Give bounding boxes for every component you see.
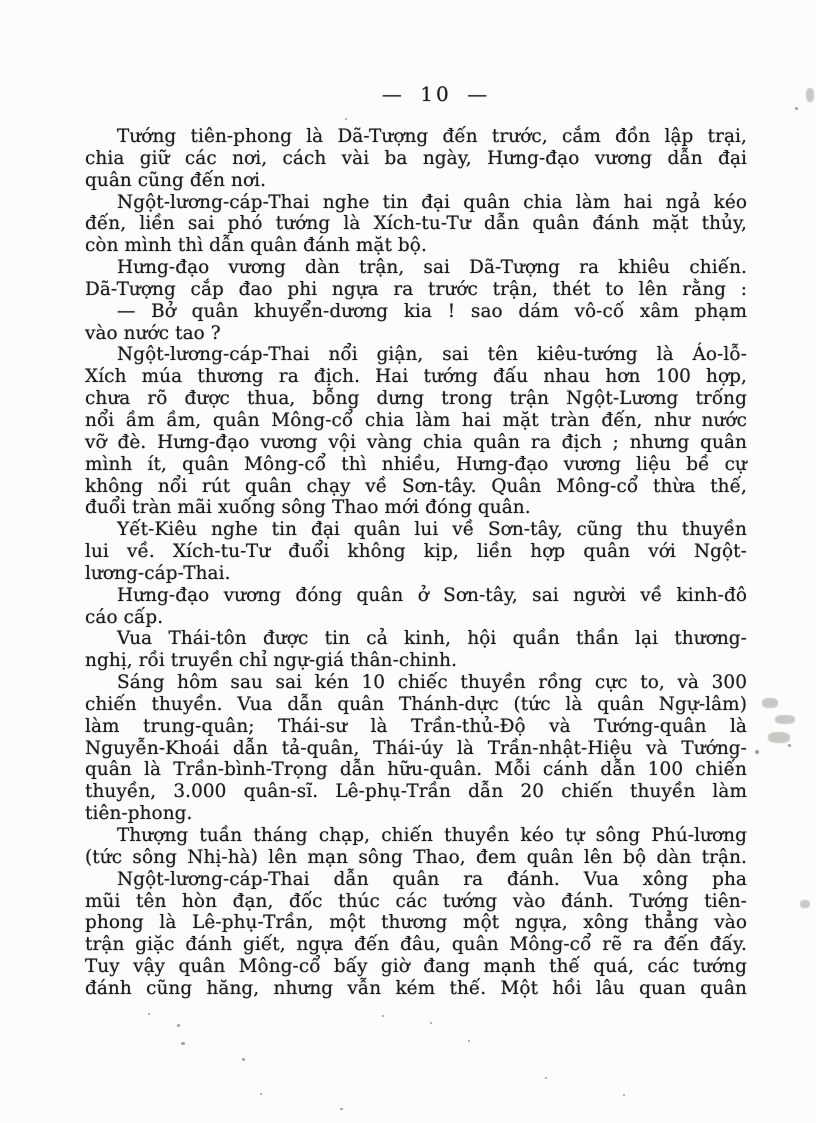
text-line: nổi ầm ầm, quân Mông-cổ chia làm hai mặt… [85, 410, 747, 432]
paragraph: Sáng hôm sau sai kén 10 chiếc thuyền rồn… [85, 672, 747, 825]
text-line: lương-cáp-Thai. [85, 563, 747, 585]
text-line: Xích múa thương ra địch. Hai tướng đấu n… [85, 366, 747, 388]
text-line: Tuy vậy quân Mông-cổ bấy giờ đang mạnh t… [85, 956, 747, 978]
text-line: đến, liền sai phó tướng là Xích-tu-Tư dẫ… [85, 213, 747, 235]
scan-speck [623, 1094, 625, 1096]
scan-speck [242, 1058, 245, 1061]
text-line: Dã-Tượng cắp đao phi ngựa ra trước trận,… [85, 279, 747, 301]
paragraph: Hưng-đạo vương đóng quân ở Sơn-tây, sai … [85, 585, 747, 629]
text-line: đánh cũng hăng, nhưng vẫn kém thế. Một h… [85, 978, 747, 1000]
text-line: Thượng tuần tháng chạp, chiến thuyền kéo… [85, 825, 747, 847]
text-line: không nổi rút quân chạy về Sơn-tây. Quân… [85, 476, 747, 498]
text-line: chưa rõ được thua, bỗng dưng trong trận … [85, 388, 747, 410]
text-line: lui về. Xích-tu-Tư đuổi không kịp, liền … [85, 541, 747, 563]
scan-speck [545, 1077, 547, 1079]
scan-speck [177, 1024, 180, 1027]
text-line: Yết-Kiêu nghe tin đại quân lui về Sơn-tâ… [85, 519, 747, 541]
paragraph: Tướng tiên-phong là Dã-Tượng đến trước, … [85, 126, 747, 192]
scan-speck [340, 1108, 343, 1110]
text-line: trận giặc đánh giết, ngựa đến đâu, quân … [85, 934, 747, 956]
text-line: chia giữ các nơi, cách vài ba ngày, Hưng… [85, 148, 747, 170]
text-line: thuyền, 3.000 quân-sĩ. Lê-phụ-Trần dẫn 2… [85, 781, 747, 803]
paragraph: Ngột-lương-cáp-Thai nổi giận, sai tên ki… [85, 344, 747, 519]
text-line: (tức sông Nhị-hà) lên mạn sông Thao, đem… [85, 847, 747, 869]
text-line: vỡ đè. Hưng-đạo vương vội vàng chia quân… [85, 432, 747, 454]
scan-speck [382, 1015, 384, 1017]
text-line: quân cũng đến nơi. [85, 170, 747, 192]
scan-smudge [806, 88, 814, 102]
text-line: cáo cấp. [85, 607, 747, 629]
text-line: — Bở quân khuyển-dương kia ! sao dám vô-… [85, 301, 747, 323]
scan-smudge [762, 698, 778, 708]
paragraph: Ngột-lương-cáp-Thai nghe tin đại quân ch… [85, 192, 747, 258]
text-line: đuổi tràn mãi xuống sông Thao mới đóng q… [85, 497, 747, 519]
text-line: nghị, rồi truyền chỉ ngự-giá thân-chinh. [85, 650, 747, 672]
scan-speck [260, 1093, 262, 1095]
paragraph: Hưng-đạo vương dàn trận, sai Dã-Tượng ra… [85, 257, 747, 301]
scan-speck [755, 750, 759, 754]
paragraph: Thượng tuần tháng chạp, chiến thuyền kéo… [85, 825, 747, 869]
text-block: Tướng tiên-phong là Dã-Tượng đến trước, … [85, 126, 747, 1000]
scan-speck [148, 1013, 150, 1015]
text-line: mình ít, quân Mông-cổ thì nhiều, Hưng-đạ… [85, 454, 747, 476]
scan-smudge [775, 715, 795, 724]
text-line: mũi tên hòn đạn, đốc thúc các tướng vào … [85, 891, 747, 913]
paragraph: Yết-Kiêu nghe tin đại quân lui về Sơn-tâ… [85, 519, 747, 585]
text-line: tiên-phong. [85, 803, 747, 825]
paragraph: Ngột-lương-cáp-Thai dẫn quân ra đánh. Vu… [85, 869, 747, 1000]
page-number: — 10 — [28, 82, 816, 106]
text-line: còn mình thì dẫn quân đánh mặt bộ. [85, 235, 747, 257]
text-line: chiến thuyền. Vua dẫn quân Thánh-dực (tứ… [85, 694, 747, 716]
scan-speck [181, 1042, 185, 1045]
scan-speck [345, 118, 347, 120]
text-line: Tướng tiên-phong là Dã-Tượng đến trước, … [85, 126, 747, 148]
text-line: Ngột-lương-cáp-Thai nổi giận, sai tên ki… [85, 344, 747, 366]
scanned-book-page: — 10 — Tướng tiên-phong là Dã-Tượng đến … [0, 0, 816, 1123]
text-line: Hưng-đạo vương dàn trận, sai Dã-Tượng ra… [85, 257, 747, 279]
text-line: Hưng-đạo vương đóng quân ở Sơn-tây, sai … [85, 585, 747, 607]
scan-speck [430, 1022, 432, 1024]
text-line: vào nước tao ? [85, 323, 747, 345]
scan-speck [788, 744, 791, 747]
text-line: làm trung-quân; Thái-sư là Trần-thủ-Độ v… [85, 716, 747, 738]
text-line: Nguyễn-Khoái dẫn tả-quân, Thái-úy là Trầ… [85, 738, 747, 760]
paragraph: Vua Thái-tôn được tin cả kinh, hội quần … [85, 628, 747, 672]
text-line: Vua Thái-tôn được tin cả kinh, hội quần … [85, 628, 747, 650]
scan-speck [468, 1040, 470, 1042]
scan-smudge [800, 900, 810, 908]
text-line: Ngột-lương-cáp-Thai dẫn quân ra đánh. Vu… [85, 869, 747, 891]
text-line: phong là Lê-phụ-Trần, một thương một ngự… [85, 912, 747, 934]
scan-smudge [768, 732, 790, 743]
text-line: Ngột-lương-cáp-Thai nghe tin đại quân ch… [85, 192, 747, 214]
paragraph: — Bở quân khuyển-dương kia ! sao dám vô-… [85, 301, 747, 345]
text-line: Sáng hôm sau sai kén 10 chiếc thuyền rồn… [85, 672, 747, 694]
scan-speck [795, 107, 798, 110]
text-line: quân là Trần-bình-Trọng dẫn hữu-quân. Mỗ… [85, 759, 747, 781]
